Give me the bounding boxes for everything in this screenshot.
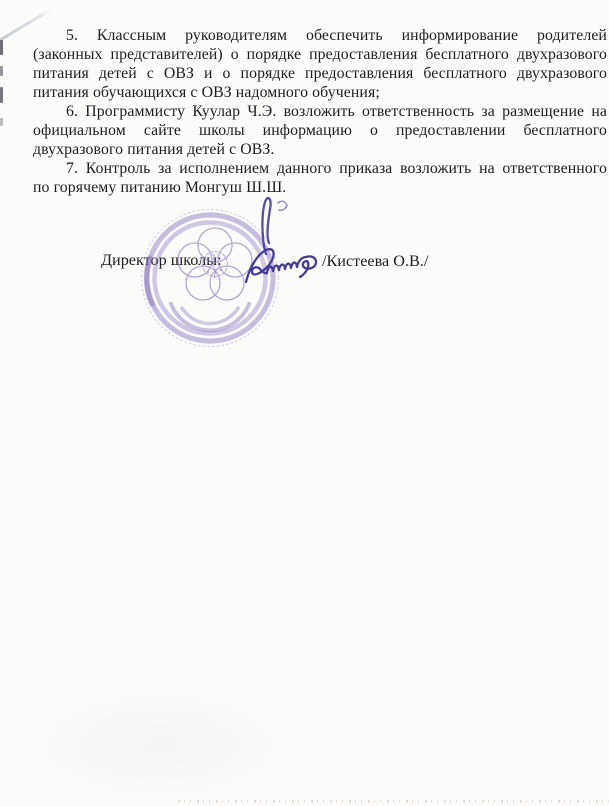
director-signature bbox=[242, 190, 327, 295]
order-line: 5. Классным руководителям обеспечить инф… bbox=[33, 26, 607, 45]
scan-edge-mark bbox=[0, 118, 3, 126]
scan-shadow-artifact bbox=[30, 690, 290, 800]
stamp-inner-text-arc bbox=[171, 304, 249, 330]
order-line: 6. Программисту Куулар Ч.Э. возложить от… bbox=[33, 102, 607, 121]
order-line: по горячему питанию Монгуш Ш.Ш. bbox=[33, 178, 607, 197]
signature-pen-skip bbox=[278, 201, 287, 210]
director-name-label: /Кистеева О.В./ bbox=[322, 252, 428, 271]
order-text: 5. Классным руководителям обеспечить инф… bbox=[33, 26, 607, 197]
director-title-label: Директор школы: bbox=[101, 251, 222, 270]
scan-edge-mark bbox=[0, 87, 3, 103]
document-page: 5. Классным руководителям обеспечить инф… bbox=[0, 0, 609, 806]
scan-bottom-noise bbox=[178, 800, 609, 803]
order-line: (законных представителей) о порядке пред… bbox=[33, 45, 607, 64]
scan-edge-mark bbox=[0, 66, 3, 76]
school-round-stamp bbox=[138, 206, 282, 350]
order-line: официальном сайте школы информацию о пре… bbox=[33, 121, 607, 140]
scan-edge-mark bbox=[0, 40, 3, 55]
order-line: двухразового питания детей с ОВЗ. bbox=[33, 140, 607, 159]
order-line: 7. Контроль за исполнением данного прика… bbox=[33, 159, 607, 178]
order-line: питания обучающихся с ОВЗ надомного обуч… bbox=[33, 83, 607, 102]
stamp-text-ring bbox=[142, 210, 279, 347]
order-line: питания детей с ОВЗ и о порядке предоста… bbox=[33, 64, 607, 83]
